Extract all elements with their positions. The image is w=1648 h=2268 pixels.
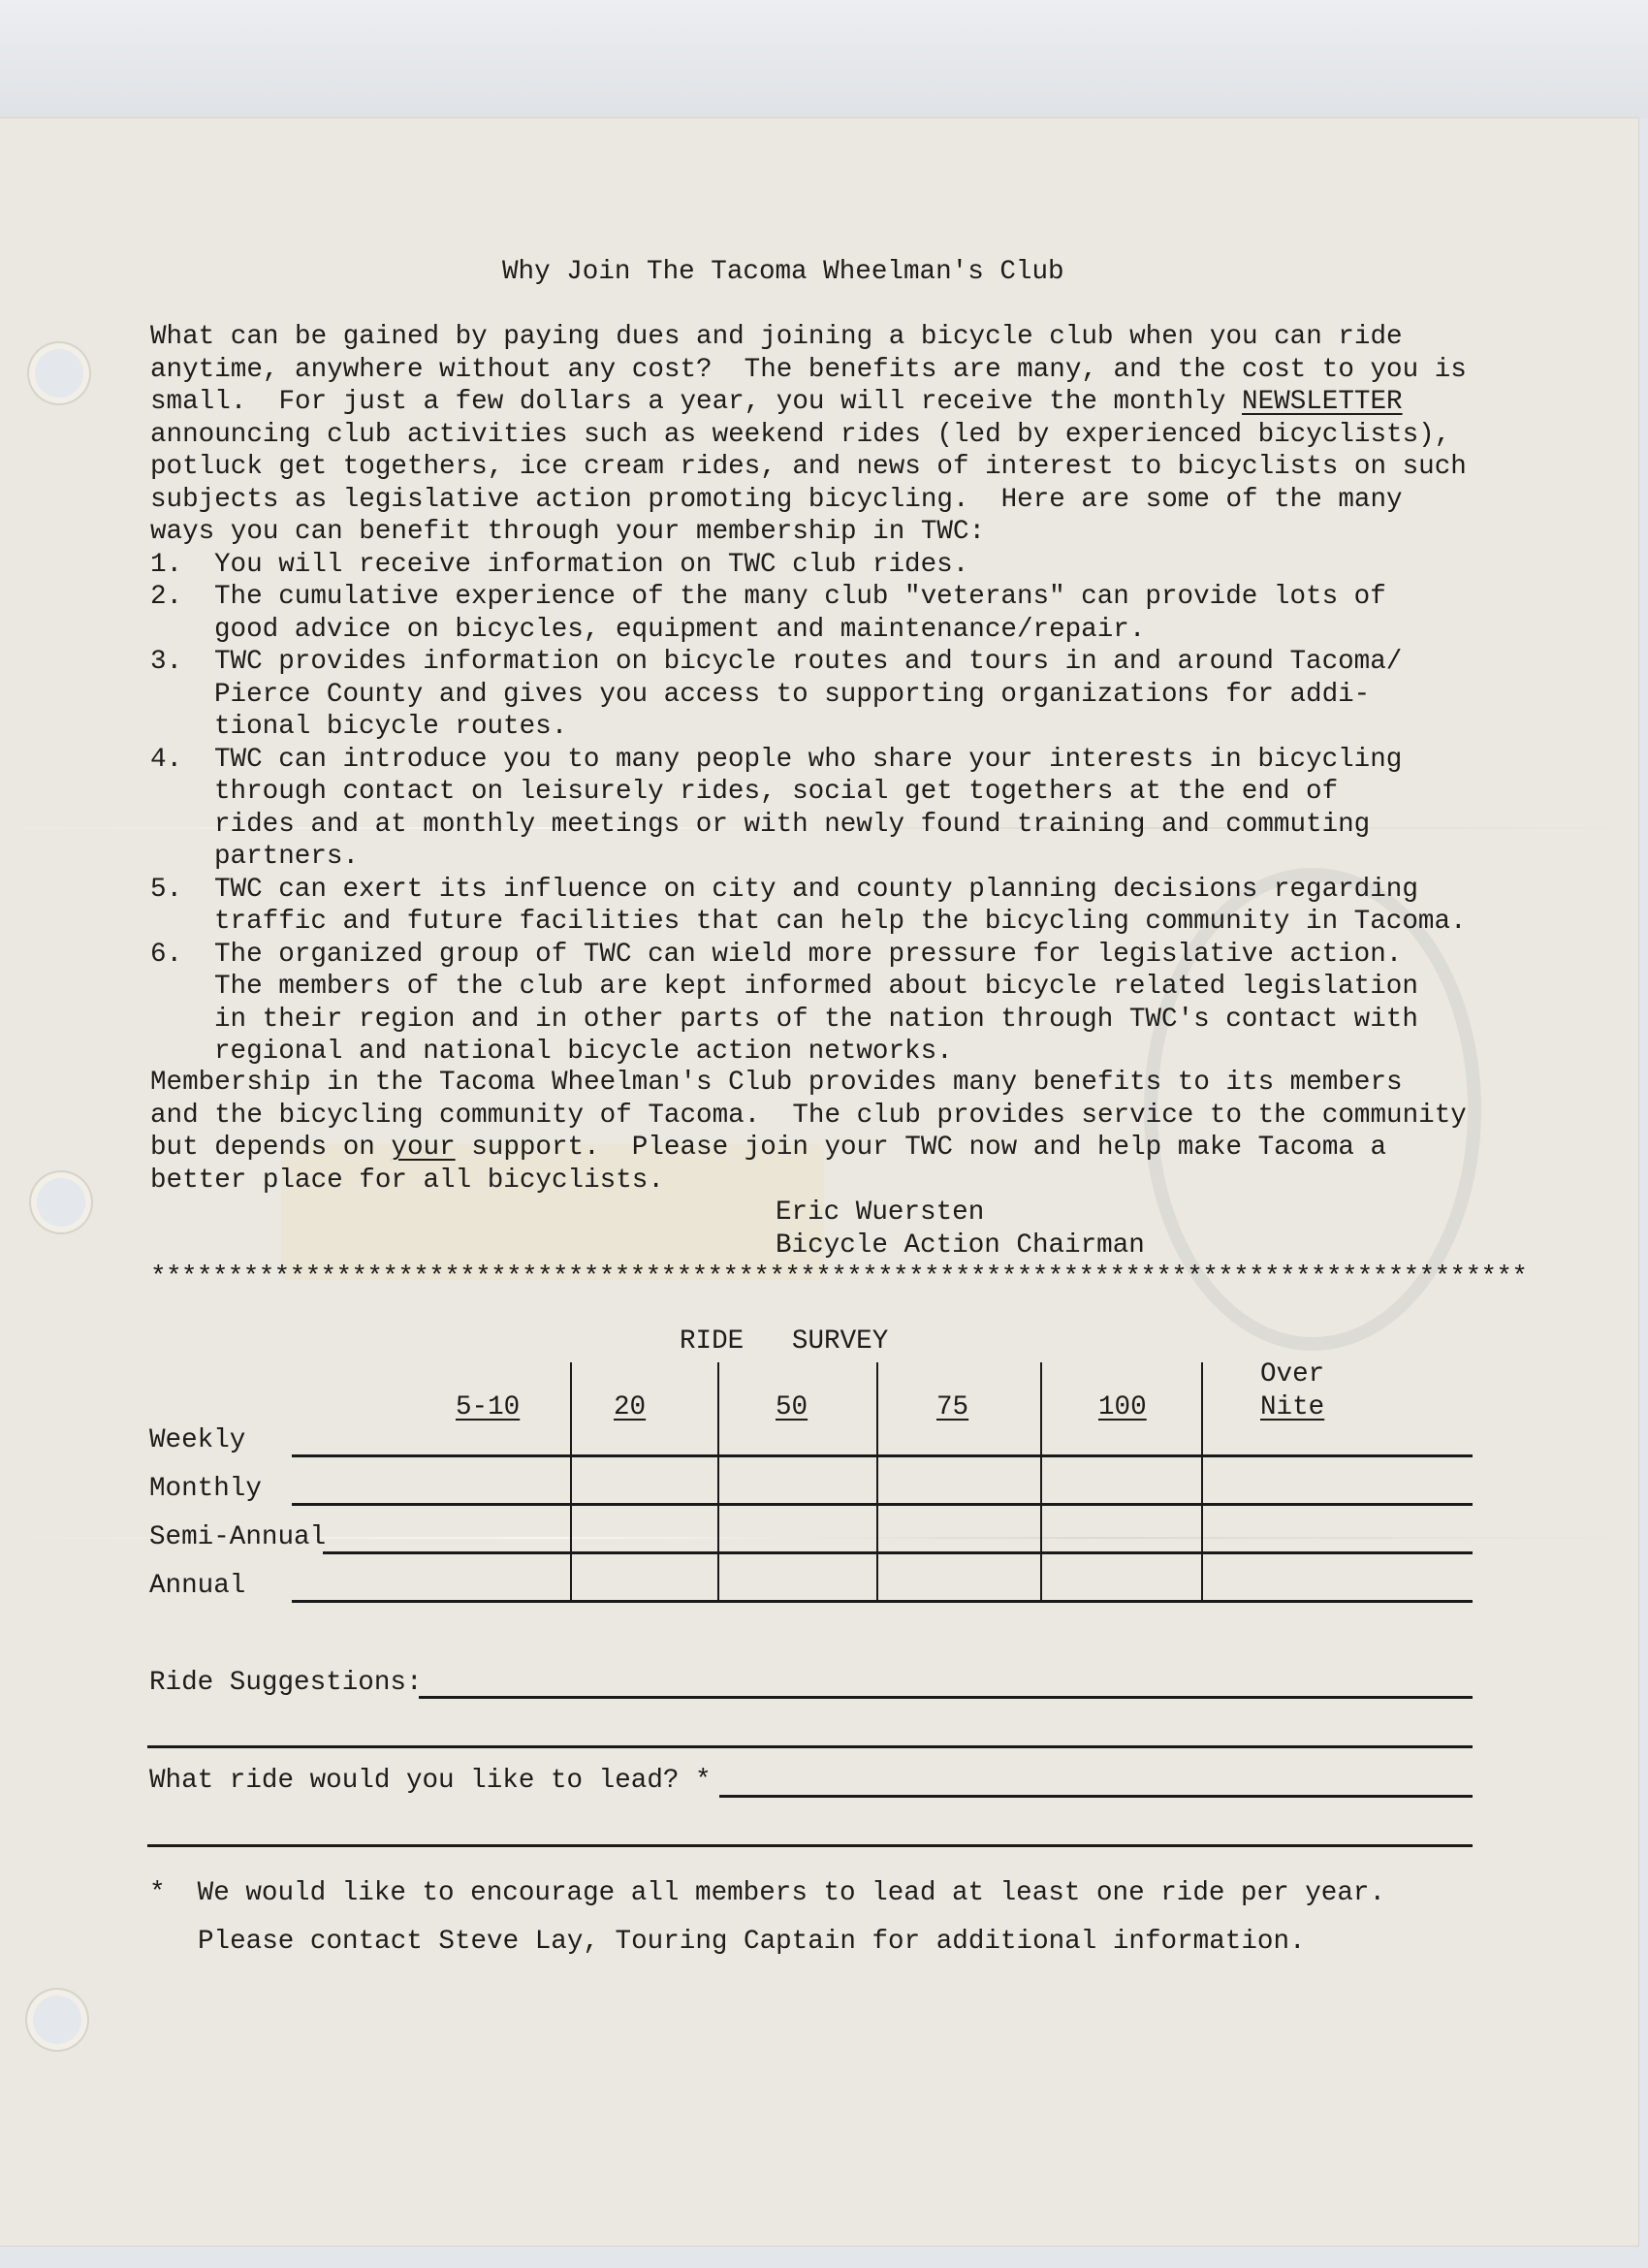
closing-line-1: Membership in the Tacoma Wheelman's Club… — [150, 1067, 1403, 1100]
benefit-number: 6. — [150, 939, 182, 972]
benefit-text: The cumulative experience of the many cl… — [214, 581, 1386, 614]
survey-answer-line-monthly[interactable] — [292, 1503, 1473, 1506]
signature-role: Bicycle Action Chairman — [776, 1230, 1145, 1262]
survey-column-divider — [570, 1362, 572, 1603]
survey-row-semi-annual: Semi-Annual — [149, 1521, 326, 1554]
benefit-text: tional bicycle routes. — [214, 711, 567, 744]
benefit-text: rides and at monthly meetings or with ne… — [214, 809, 1370, 842]
closing-text: but depends on — [150, 1133, 391, 1163]
hole-punch-middle — [37, 1178, 85, 1227]
benefit-text: TWC can exert its influence on city and … — [214, 874, 1418, 907]
survey-row-annual: Annual — [149, 1570, 245, 1603]
benefit-text: TWC provides information on bicycle rout… — [214, 646, 1402, 679]
survey-col-20: 20 — [614, 1391, 646, 1424]
intro-line: potluck get togethers, ice cream rides, … — [150, 451, 1467, 484]
page-title: Why Join The Tacoma Wheelman's Club — [502, 256, 1064, 289]
intro-line: ways you can benefit through your member… — [150, 516, 985, 549]
benefit-number: 1. — [150, 549, 182, 582]
benefit-number: 5. — [150, 874, 182, 907]
contact-note: Please contact Steve Lay, Touring Captai… — [198, 1926, 1306, 1959]
benefit-text: The members of the club are kept informe… — [214, 971, 1418, 1004]
survey-col-overnite-line1: Over — [1260, 1358, 1324, 1391]
benefit-number: 4. — [150, 744, 182, 777]
survey-title: RIDE SURVEY — [680, 1326, 888, 1358]
scanner-background — [0, 0, 1648, 118]
lead-ride-label: What ride would you like to lead? * — [149, 1765, 712, 1798]
closing-line-4: better place for all bicyclists. — [150, 1165, 664, 1198]
survey-col-75: 75 — [936, 1391, 968, 1424]
signature-name: Eric Wuersten — [776, 1197, 984, 1230]
intro-line: small. For just a few dollars a year, yo… — [150, 386, 1403, 419]
benefit-text: in their region and in other parts of th… — [214, 1004, 1418, 1037]
intro-line: anytime, anywhere without any cost? The … — [150, 354, 1467, 387]
ride-suggestions-field[interactable] — [419, 1696, 1473, 1699]
closing-line-2: and the bicycling community of Tacoma. T… — [150, 1100, 1467, 1133]
hole-punch-bottom — [33, 1996, 81, 2044]
benefit-number: 2. — [150, 581, 182, 614]
survey-column-divider — [717, 1362, 719, 1603]
benefit-text: TWC can introduce you to many people who… — [214, 744, 1402, 777]
asterisk-divider: ****************************************… — [150, 1262, 1527, 1294]
closing-text: support. Please join your TWC now and he… — [456, 1133, 1386, 1163]
survey-column-divider — [1040, 1362, 1042, 1603]
benefit-text: through contact on leisurely rides, soci… — [214, 776, 1338, 809]
survey-row-weekly: Weekly — [149, 1424, 245, 1457]
ride-suggestions-label: Ride Suggestions: — [149, 1667, 423, 1700]
benefit-number: 3. — [150, 646, 182, 679]
lead-ride-field[interactable] — [719, 1795, 1473, 1798]
intro-line: announcing club activities such as weeke… — [150, 419, 1450, 452]
benefit-text: The organized group of TWC can wield mor… — [214, 939, 1402, 972]
benefit-text: Pierce County and gives you access to su… — [214, 679, 1370, 712]
hole-punch-top — [35, 349, 83, 398]
emphasis-your: your — [391, 1133, 455, 1163]
survey-column-divider — [1201, 1362, 1203, 1603]
survey-col-100: 100 — [1098, 1391, 1147, 1424]
survey-col-overnite-line2: Nite — [1260, 1391, 1324, 1424]
intro-line: subjects as legislative action promoting… — [150, 484, 1403, 517]
benefit-text: traffic and future facilities that can h… — [214, 906, 1467, 939]
lead-ride-field-continued[interactable] — [147, 1844, 1473, 1847]
ride-suggestions-field-continued[interactable] — [147, 1745, 1473, 1748]
survey-col-50: 50 — [776, 1391, 808, 1424]
closing-line-3: but depends on your support. Please join… — [150, 1132, 1386, 1165]
survey-col-5-10: 5-10 — [456, 1391, 520, 1424]
benefit-text: good advice on bicycles, equipment and m… — [214, 614, 1145, 647]
benefit-text: You will receive information on TWC club… — [214, 549, 968, 582]
footnote: * We would like to encourage all members… — [149, 1877, 1385, 1910]
survey-answer-line-semi-annual[interactable] — [323, 1551, 1473, 1554]
survey-row-monthly: Monthly — [149, 1473, 262, 1506]
newsletter-emphasis: NEWSLETTER — [1242, 387, 1403, 417]
survey-answer-line-weekly[interactable] — [292, 1454, 1473, 1457]
survey-answer-line-annual[interactable] — [292, 1600, 1473, 1603]
benefit-text: regional and national bicycle action net… — [214, 1036, 953, 1069]
benefit-text: partners. — [214, 841, 359, 874]
intro-line: What can be gained by paying dues and jo… — [150, 321, 1403, 354]
survey-column-divider — [876, 1362, 878, 1603]
